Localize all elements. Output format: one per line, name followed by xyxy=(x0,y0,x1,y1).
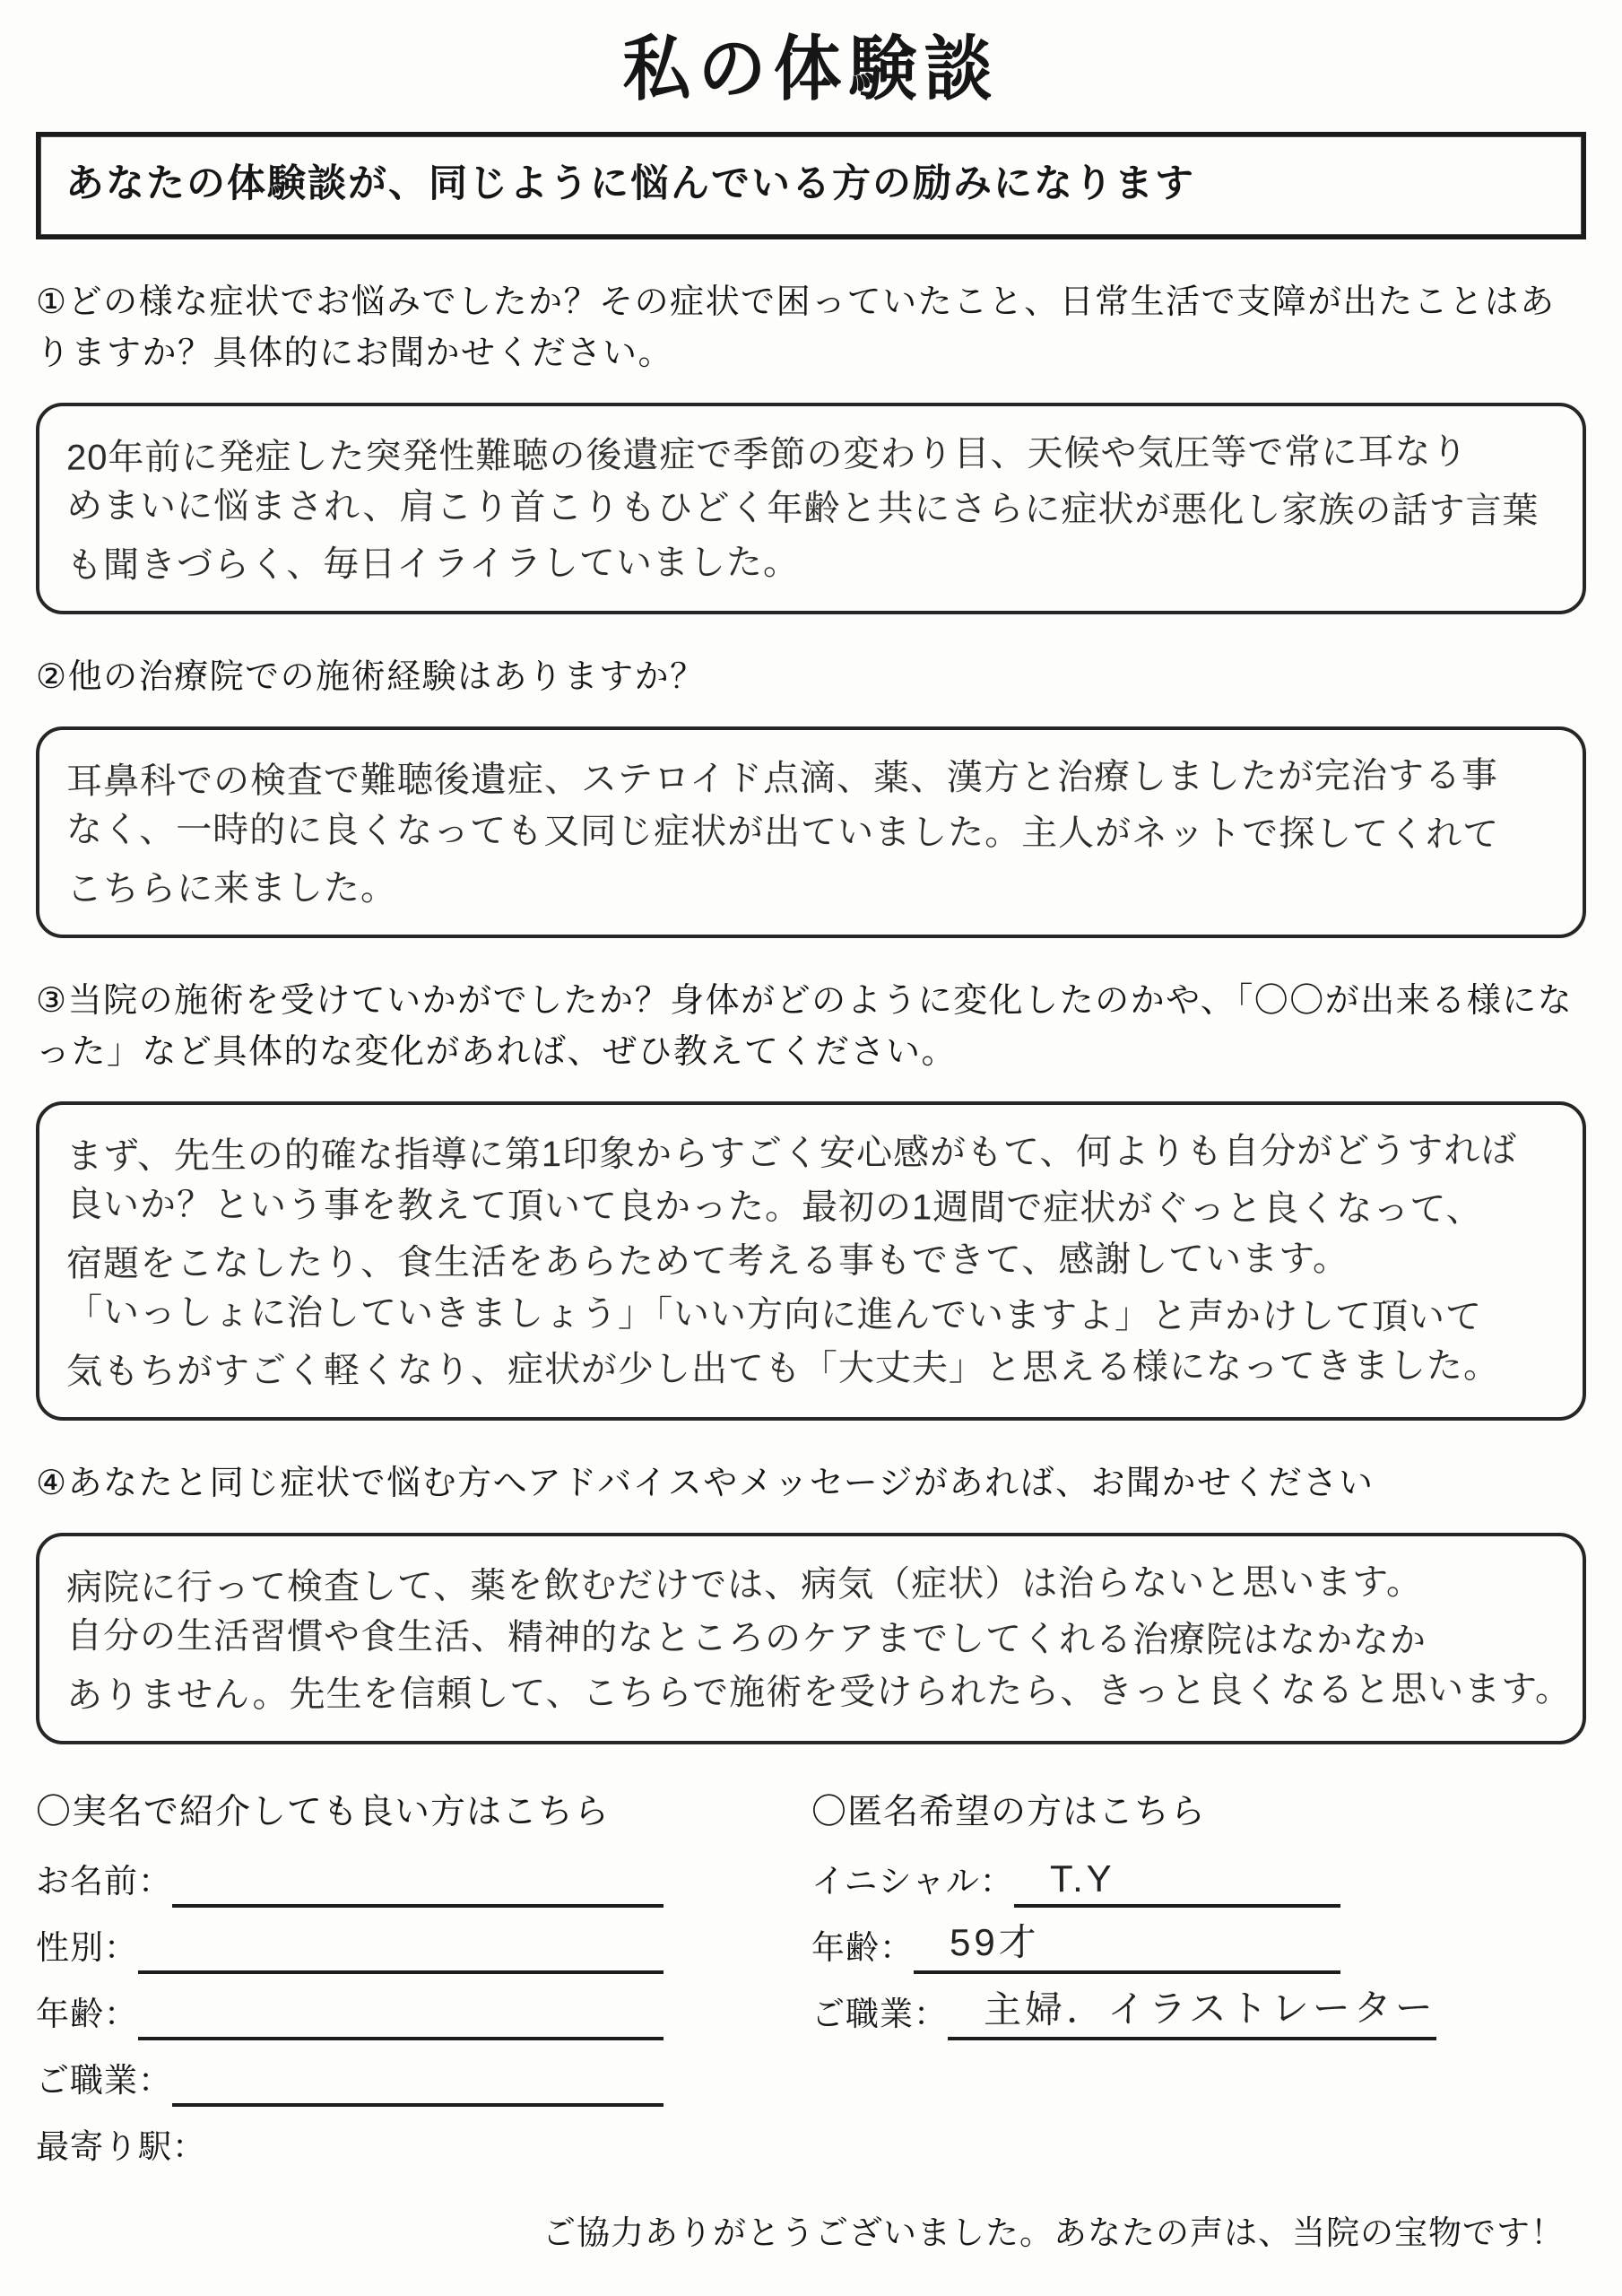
answer-box-1: 20年前に発症した突発性難聴の後遺症で季節の変わり目、天候や気圧等で常に耳なり … xyxy=(36,403,1586,614)
handwritten-line: 気もちがすごく軽くなり、症状が少し出ても「大丈夫」と思える様になってきました。 xyxy=(66,1339,1556,1399)
field-underline xyxy=(138,1990,664,2040)
answer-box-3: まず、先生の的確な指導に第1印象からすごく安心感がもて、何よりも自分がどうすれば… xyxy=(36,1101,1586,1421)
question-block-4: ④あなたと同じ症状で悩む方へアドバイスやメッセージがあれば、お聞かせください 病… xyxy=(36,1458,1586,1744)
field-row-gender: 性別： xyxy=(36,1924,664,1974)
handwritten-line: 「いっしょに治していきましょう」「いい方向に進んでいますよ」と声かけして頂いて xyxy=(66,1285,1556,1344)
handwritten-line: 自分の生活習慣や食生活、精神的なところのケアまでしてくれる治療院はなかなか xyxy=(66,1609,1556,1668)
question-1-label: ①どの様な症状でお悩みでしたか？その症状で困っていたこと、日常生活で支障が出たこ… xyxy=(36,277,1586,379)
field-row-age: 年齢： xyxy=(36,1990,664,2040)
field-underline: 主婦．イラストレーター xyxy=(948,1990,1436,2040)
anonymous-heading: 〇匿名希望の方はこちら xyxy=(811,1784,1340,1834)
field-value-initials: T.Y xyxy=(1050,1857,1115,1900)
contact-section: 〇実名で紹介しても良い方はこちら お名前： 性別： 年齢： ご職業： 最寄り駅： xyxy=(36,1784,1586,2189)
handwritten-line: なく、一時的に良くなっても又同じ症状が出ていました。主人がネットで探してくれて xyxy=(66,803,1556,862)
field-underline xyxy=(206,2123,664,2173)
question-4-label: ④あなたと同じ症状で悩む方へアドバイスやメッセージがあれば、お聞かせください xyxy=(36,1458,1586,1509)
field-label-station: 最寄り駅： xyxy=(36,2119,206,2173)
field-value-anon-occupation: 主婦．イラストレーター xyxy=(984,1979,1436,2035)
real-name-heading: 〇実名で紹介しても良い方はこちら xyxy=(36,1784,664,1834)
field-label-gender: 性別： xyxy=(36,1920,138,1974)
field-row-initials: イニシャル： T.Y xyxy=(811,1857,1340,1908)
handwritten-line: ありません。先生を信頼して、こちらで施術を受けられたら、きっと良くなると思います… xyxy=(66,1663,1556,1723)
handwritten-line: も聞きづらく、毎日イライラしていました。 xyxy=(66,533,1556,593)
handwritten-line: 病院に行って検査して、薬を飲むだけでは、病気（症状）は治らないと思います。 xyxy=(66,1555,1556,1615)
field-row-anon-occupation: ご職業： 主婦．イラストレーター xyxy=(811,1990,1340,2040)
field-underline: 59才 xyxy=(914,1924,1340,1974)
handwritten-line: まず、先生の的確な指導に第1印象からすごく安心感がもて、何よりも自分がどうすれば xyxy=(66,1124,1556,1184)
field-label-anon-age: 年齢： xyxy=(811,1920,914,1974)
handwritten-line: 耳鼻科での検査で難聴後遺症、ステロイド点滴、薬、漢方と治療しましたが完治する事 xyxy=(66,749,1556,809)
page-title: 私の体験談 xyxy=(36,29,1586,110)
field-row-anon-age: 年齢： 59才 xyxy=(811,1924,1340,1974)
anonymous-column: 〇匿名希望の方はこちら イニシャル： T.Y 年齢： 59才 ご職業： 主婦．イ… xyxy=(811,1784,1340,2189)
field-row-name: お名前： xyxy=(36,1857,664,1908)
real-name-column: 〇実名で紹介しても良い方はこちら お名前： 性別： 年齢： ご職業： 最寄り駅： xyxy=(36,1784,664,2189)
field-value-anon-age: 59才 xyxy=(950,1913,1040,1968)
field-label-occupation: ご職業： xyxy=(36,2053,172,2107)
answer-box-4: 病院に行って検査して、薬を飲むだけでは、病気（症状）は治らないと思います。 自分… xyxy=(36,1533,1586,1744)
field-label-anon-occupation: ご職業： xyxy=(811,1987,948,2040)
handwritten-line: めまいに悩まされ、肩こり首こりもひどく年齢と共にさらに症状が悪化し家族の話す言葉 xyxy=(66,479,1556,538)
question-block-1: ①どの様な症状でお悩みでしたか？その症状で困っていたこと、日常生活で支障が出たこ… xyxy=(36,277,1586,614)
question-3-label: ③当院の施術を受けていかがでしたか？身体がどのように変化したのかや、「〇〇が出来… xyxy=(36,976,1586,1078)
question-block-3: ③当院の施術を受けていかがでしたか？身体がどのように変化したのかや、「〇〇が出来… xyxy=(36,976,1586,1421)
field-label-name: お名前： xyxy=(36,1854,172,1908)
handwritten-line: 宿題をこなしたり、食生活をあらためて考える事もできて、感謝しています。 xyxy=(66,1231,1556,1291)
field-row-station: 最寄り駅： xyxy=(36,2123,664,2173)
field-underline xyxy=(138,1924,664,1974)
headline-banner: あなたの体験談が、同じように悩んでいる方の励みになります xyxy=(36,132,1586,239)
field-label-age: 年齢： xyxy=(36,1987,138,2040)
scanned-testimonial-form: 私の体験談 あなたの体験談が、同じように悩んでいる方の励みになります ①どの様な… xyxy=(0,0,1622,2296)
handwritten-line: 20年前に発症した突発性難聴の後遺症で季節の変わり目、天候や気圧等で常に耳なり xyxy=(66,425,1556,485)
field-row-occupation: ご職業： xyxy=(36,2057,664,2107)
answer-box-2: 耳鼻科での検査で難聴後遺症、ステロイド点滴、薬、漢方と治療しましたが完治する事 … xyxy=(36,726,1586,938)
question-2-label: ②他の治療院での施術経験はありますか？ xyxy=(36,652,1586,703)
handwritten-line: 良いか？という事を教えて頂いて良かった。最初の1週間で症状がぐっと良くなって、 xyxy=(66,1178,1556,1237)
field-underline xyxy=(172,2057,664,2107)
handwritten-line: こちらに来ました。 xyxy=(66,857,1556,917)
field-label-initials: イニシャル： xyxy=(811,1854,1014,1908)
headline-text: あなたの体験談が、同じように悩んでいる方の励みになります xyxy=(65,162,1195,205)
question-block-2: ②他の治療院での施術経験はありますか？ 耳鼻科での検査で難聴後遺症、ステロイド点… xyxy=(36,652,1586,938)
field-underline: T.Y xyxy=(1014,1857,1340,1908)
field-underline xyxy=(172,1857,664,1908)
footer-note: ご協力ありがとうございました。あなたの声は、当院の宝物です！ xyxy=(36,2205,1586,2254)
